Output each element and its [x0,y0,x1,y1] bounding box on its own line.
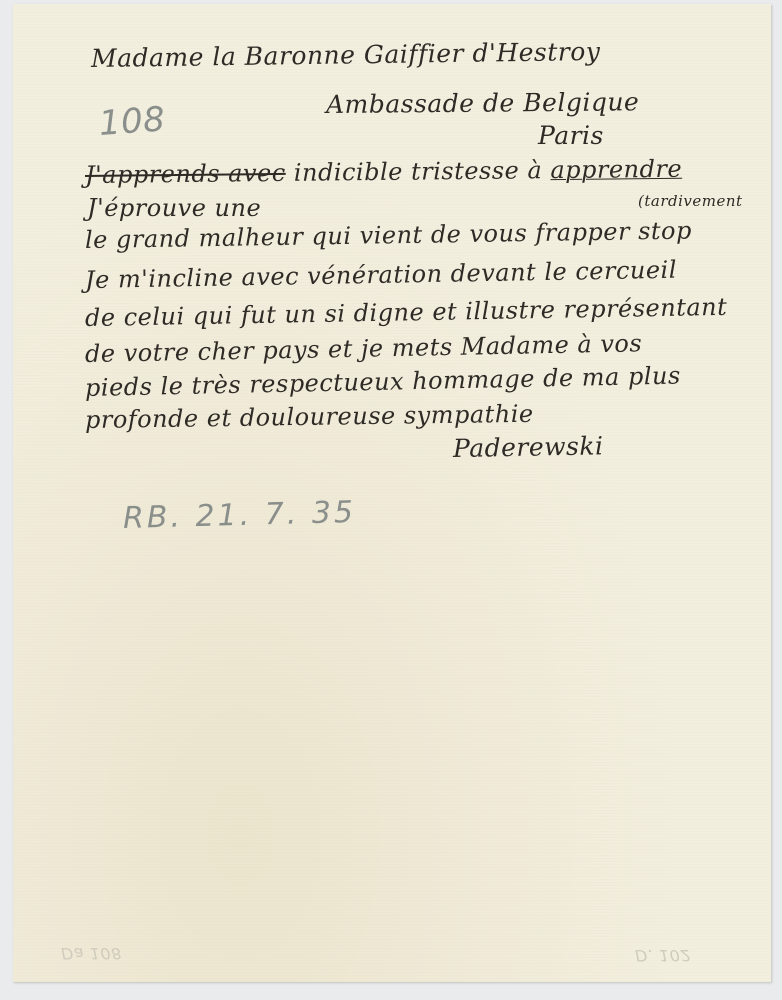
letter-page: Madame la Baronne Gaiffier d'Hestroy Amb… [13,4,771,982]
body-line-1: J'apprends avec indicible tristesse à ap… [85,155,682,189]
body-line-1-text: indicible tristesse à [294,156,543,187]
address-line-2: Ambassade de Belgique [326,87,640,119]
signature: Paderewski [453,431,604,463]
body-line-4: Je m'incline avec vénération devant le c… [85,256,677,294]
insertion-tardivement: (tardivement [638,192,743,210]
body-line-2-correction: J'éprouve une [87,194,261,222]
body-line-8: profonde et douloureuse sympathie [85,400,534,434]
address-line-1: Madame la Baronne Gaiffier d'Hestroy [91,37,601,73]
show-through-right: D. 102 [635,946,691,965]
pencil-date-note: RB. 21. 7. 35 [123,495,357,536]
underlined-word: apprendre [550,155,682,184]
body-line-7: pieds le très respectueux hommage de ma … [85,362,681,402]
body-line-6: de votre cher pays et je mets Madame à v… [85,329,643,368]
struck-text: J'apprends avec [85,159,286,189]
folio-number: 108 [98,99,167,144]
insertion-text: tardivement [644,192,742,210]
body-line-5: de celui qui fut un si digne et illustre… [85,293,728,332]
show-through-left: Da 108 [61,944,122,963]
body-line-3: le grand malheur qui vient de vous frapp… [85,216,692,254]
address-line-3: Paris [538,121,604,150]
